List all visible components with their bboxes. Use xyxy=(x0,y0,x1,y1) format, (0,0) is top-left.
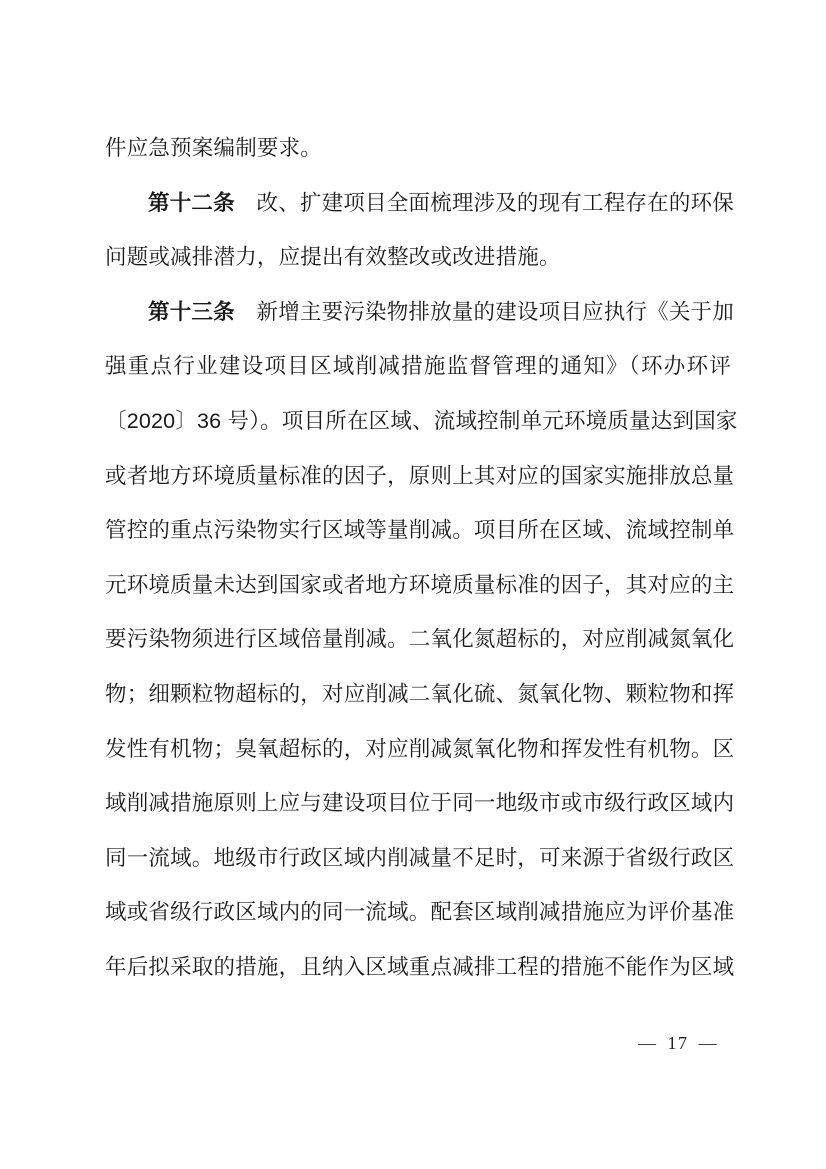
body-text-line: 件应急预案编制要求。 xyxy=(105,121,731,176)
article-number: 第十三条 xyxy=(148,300,235,324)
body-text-line: 或者地方环境质量标准的因子，原则上其对应的国家实施排放总量 xyxy=(105,449,731,504)
line-text: 同一流域。地级市行政区域内削减量不足时，可来源于省级行政区 xyxy=(105,846,734,870)
line-text: 要污染物须进行区域倍量削减。二氧化氮超标的，对应削减氮氧化 xyxy=(105,627,734,651)
body-text-line: 〔2020〕36 号）。项目所在区域、流域控制单元环境质量达到国家 xyxy=(105,394,731,449)
article-number: 第十二条 xyxy=(148,191,235,215)
line-text: 域或省级行政区域内的同一流域。配套区域削减措施应为评价基准 xyxy=(105,900,734,924)
line-text: 域削减措施原则上应与建设项目位于同一地级市或市级行政区域内 xyxy=(105,791,734,815)
body-text-line: 第十二条 改、扩建项目全面梳理涉及的现有工程存在的环保 xyxy=(105,176,731,231)
line-text: 问题或减排潜力，应提出有效整改或改进措施。 xyxy=(105,245,561,269)
body-text-line: 问题或减排潜力，应提出有效整改或改进措施。 xyxy=(105,230,731,285)
body-text-line: 强重点行业建设项目区域削减措施监督管理的通知》（环办环评 xyxy=(105,339,731,394)
body-text-line: 同一流域。地级市行政区域内削减量不足时，可来源于省级行政区 xyxy=(105,831,731,886)
line-text: 或者地方环境质量标准的因子，原则上其对应的国家实施排放总量 xyxy=(105,464,734,488)
body-text-line: 域或省级行政区域内的同一流域。配套区域削减措施应为评价基准 xyxy=(105,885,731,940)
line-text: 物；细颗粒物超标的，对应削减二氧化硫、氮氧化物、颗粒物和挥 xyxy=(105,682,734,706)
line-text: 〔2020〕36 号）。项目所在区域、流域控制单元环境质量达到国家 xyxy=(105,409,738,433)
body-text-line: 发性有机物；臭氧超标的，对应削减氮氧化物和挥发性有机物。区 xyxy=(105,722,731,777)
document-page: 件应急预案编制要求。第十二条 改、扩建项目全面梳理涉及的现有工程存在的环保问题或… xyxy=(0,0,826,1169)
line-text: 发性有机物；臭氧超标的，对应削减氮氧化物和挥发性有机物。区 xyxy=(105,737,734,761)
page-number: — 17 — xyxy=(638,1033,718,1053)
line-text: 件应急预案编制要求。 xyxy=(105,136,322,160)
body-text-line: 物；细颗粒物超标的，对应削减二氧化硫、氮氧化物、颗粒物和挥 xyxy=(105,667,731,722)
body-text-line: 要污染物须进行区域倍量削减。二氧化氮超标的，对应削减氮氧化 xyxy=(105,612,731,667)
line-text: 强重点行业建设项目区域削减措施监督管理的通知》（环办环评 xyxy=(105,354,731,378)
line-text: 新增主要污染物排放量的建设项目应执行《关于加 xyxy=(235,300,734,324)
line-text: 改、扩建项目全面梳理涉及的现有工程存在的环保 xyxy=(235,191,734,215)
line-text: 年后拟采取的措施，且纳入区域重点减排工程的措施不能作为区域 xyxy=(105,955,734,979)
body-text-line: 域削减措施原则上应与建设项目位于同一地级市或市级行政区域内 xyxy=(105,776,731,831)
line-text: 管控的重点污染物实行区域等量削减。项目所在区域、流域控制单 xyxy=(105,518,734,542)
body-text-line: 元环境质量未达到国家或者地方环境质量标准的因子，其对应的主 xyxy=(105,558,731,613)
page-footer: — 17 — xyxy=(638,1031,718,1055)
body-text-line: 年后拟采取的措施，且纳入区域重点减排工程的措施不能作为区域 xyxy=(105,940,731,995)
line-text: 元环境质量未达到国家或者地方环境质量标准的因子，其对应的主 xyxy=(105,573,734,597)
body-text-line: 管控的重点污染物实行区域等量削减。项目所在区域、流域控制单 xyxy=(105,503,731,558)
document-body: 件应急预案编制要求。第十二条 改、扩建项目全面梳理涉及的现有工程存在的环保问题或… xyxy=(105,121,731,995)
body-text-line: 第十三条 新增主要污染物排放量的建设项目应执行《关于加 xyxy=(105,285,731,340)
